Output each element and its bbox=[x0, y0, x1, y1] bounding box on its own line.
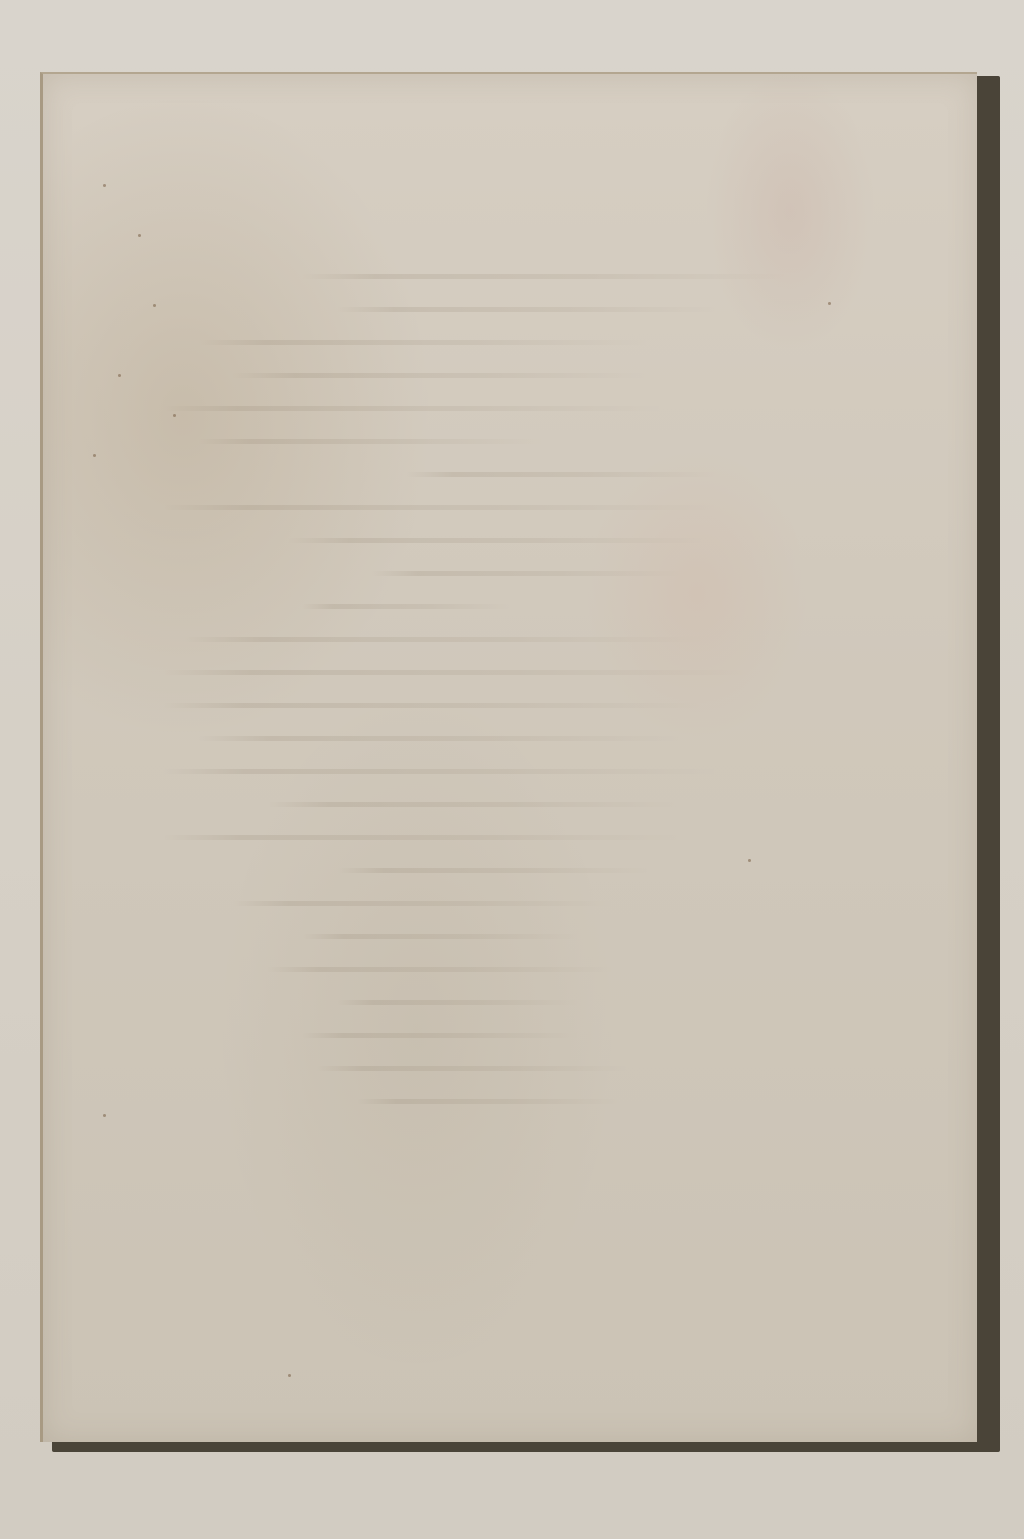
foxing-spot bbox=[153, 304, 156, 307]
foxing-spot bbox=[288, 1374, 291, 1377]
foxing-spot bbox=[103, 1114, 106, 1117]
foxing-spot bbox=[828, 302, 831, 305]
foxing-spot bbox=[173, 414, 176, 417]
foxing-spot bbox=[138, 234, 141, 237]
foxing-spot bbox=[103, 184, 106, 187]
foxing-spot bbox=[93, 454, 96, 457]
show-through-text bbox=[163, 274, 857, 1282]
paper-sheet bbox=[40, 72, 977, 1442]
foxing-spot bbox=[748, 859, 751, 862]
foxing-spot bbox=[118, 374, 121, 377]
